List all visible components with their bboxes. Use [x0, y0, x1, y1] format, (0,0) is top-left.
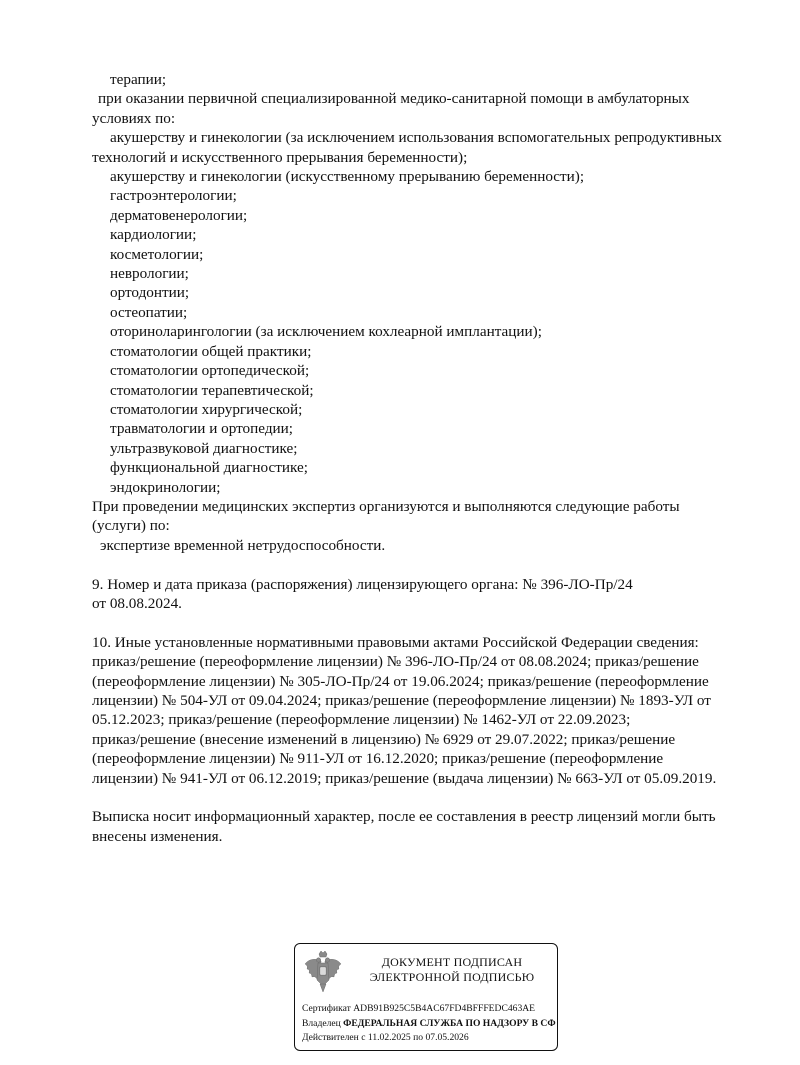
section-9-line2: от 08.08.2024. — [92, 594, 772, 613]
activity-item: эндокринологии; — [92, 478, 772, 497]
stamp-details: Сертификат ADB91B925C5B4AC67FD4BFFFEDC46… — [302, 1002, 556, 1046]
valid-to-date: 07.05.2026 — [425, 1032, 468, 1043]
section-10-line: 05.12.2023; приказ/решение (переоформлен… — [92, 710, 772, 729]
activity-item: акушерству и гинекологии (искусственному… — [92, 167, 772, 186]
activity-item: травматологии и ортопедии; — [92, 419, 772, 438]
section-10-line: приказ/решение (переоформление лицензии)… — [92, 652, 772, 671]
disclaimer-line2: внесены изменения. — [92, 827, 772, 846]
activity-item: стоматологии терапевтической; — [92, 381, 772, 400]
section-10-line: приказ/решение (внесение изменений в лиц… — [92, 730, 772, 749]
valid-from-date: 11.02.2025 — [368, 1032, 411, 1043]
activity-item: стоматологии хирургической; — [92, 400, 772, 419]
section-10-line: (переоформление лицензии) № 305-ЛО-Пр/24… — [92, 672, 772, 691]
section-10: 10. Иные установленные нормативными прав… — [92, 633, 772, 788]
expertise-heading-cont: (услуги) по: — [92, 516, 772, 535]
stamp-title: ДОКУМЕНТ ПОДПИСАН ЭЛЕКТРОННОЙ ПОДПИСЬЮ — [357, 955, 547, 985]
activity-line: терапии; — [92, 70, 772, 89]
activity-item: оториноларингологии (за исключением кохл… — [92, 322, 772, 341]
electronic-signature-stamp: ДОКУМЕНТ ПОДПИСАН ЭЛЕКТРОННОЙ ПОДПИСЬЮ С… — [294, 943, 558, 1051]
activity-list: акушерству и гинекологии (искусственному… — [92, 167, 772, 497]
activity-line: акушерству и гинекологии (за исключением… — [92, 128, 772, 147]
section-10-line: лицензии) № 504-УЛ от 09.04.2024; приказ… — [92, 691, 772, 710]
activity-item: стоматологии общей практики; — [92, 342, 772, 361]
activity-item: остеопатии; — [92, 303, 772, 322]
activity-item: гастроэнтерологии; — [92, 186, 772, 205]
activity-item: стоматологии ортопедической; — [92, 361, 772, 380]
owner-name: ФЕДЕРАЛЬНАЯ СЛУЖБА ПО НАДЗОРУ В СФ — [343, 1018, 555, 1029]
section-10-heading: 10. Иные установленные нормативными прав… — [92, 633, 772, 652]
section-10-line: (переоформление лицензии) № 911-УЛ от 16… — [92, 749, 772, 768]
validity-row: Действителен с 11.02.2025 по 07.05.2026 — [302, 1031, 556, 1046]
activity-item: неврологии; — [92, 264, 772, 283]
section-10-line: лицензии) № 941-УЛ от 06.12.2019; приказ… — [92, 769, 772, 788]
specialized-care-heading-cont: условиях по: — [92, 109, 772, 128]
specialized-care-heading: при оказании первичной специализированно… — [92, 89, 772, 108]
activity-item: косметологии; — [92, 245, 772, 264]
coat-of-arms-icon — [303, 950, 343, 994]
activity-item: функциональной диагностике; — [92, 458, 772, 477]
activity-item: ультразвуковой диагностике; — [92, 439, 772, 458]
certificate-serial: ADB91B925C5B4AC67FD4BFFFEDC463AE — [353, 1003, 535, 1014]
certificate-row: Сертификат ADB91B925C5B4AC67FD4BFFFEDC46… — [302, 1002, 556, 1017]
owner-row: Владелец ФЕДЕРАЛЬНАЯ СЛУЖБА ПО НАДЗОРУ В… — [302, 1017, 556, 1032]
activity-line-cont: технологий и искусственного прерывания б… — [92, 148, 772, 167]
section-9-line1: 9. Номер и дата приказа (распоряжения) л… — [92, 575, 772, 594]
expertise-heading: При проведении медицинских экспертиз орг… — [92, 497, 772, 516]
disclaimer-line1: Выписка носит информационный характер, п… — [92, 807, 772, 826]
document-page: терапии; при оказании первичной специали… — [92, 70, 772, 846]
expertise-item: экспертизе временной нетрудоспособности. — [92, 536, 772, 555]
activity-item: дерматовенерологии; — [92, 206, 772, 225]
activity-item: кардиологии; — [92, 225, 772, 244]
activity-item: ортодонтии; — [92, 283, 772, 302]
